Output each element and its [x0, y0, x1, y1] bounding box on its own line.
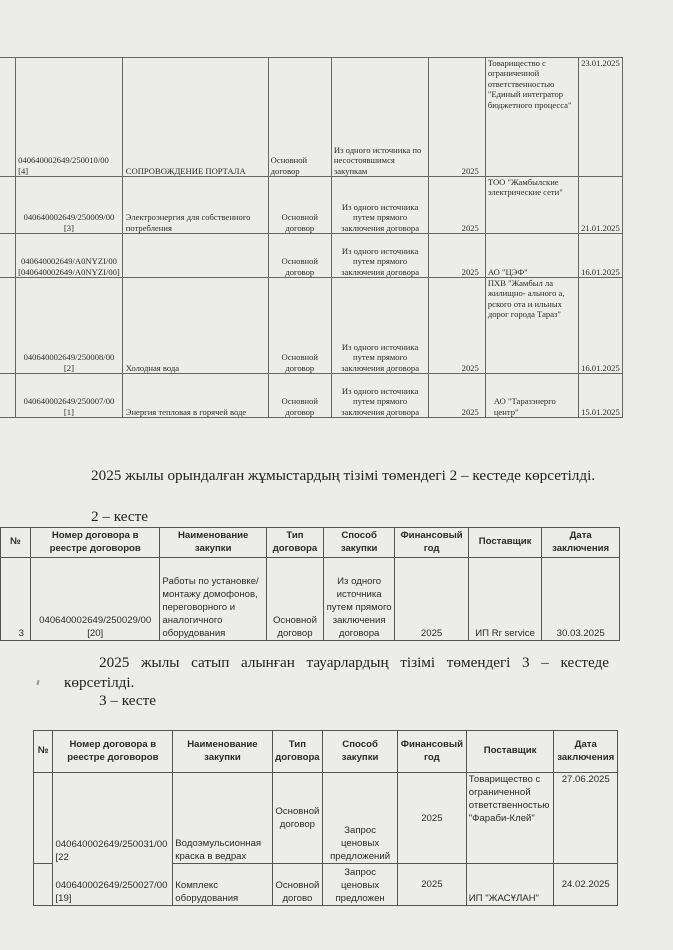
table-row: 040640002649/250031/00 [22 Водоэмульсион…	[34, 773, 618, 864]
paragraph-goods-list-cont: көрсетілді.	[64, 674, 134, 692]
supplier: АО "ЦЭФ"	[485, 234, 578, 278]
contract-type: Основной договор	[268, 234, 331, 278]
col-header-number: Номер договора в реестре договоров	[53, 731, 173, 773]
supplier: ТОО "Жамбылские электрические сети"	[485, 177, 578, 234]
contract-date: 16.01.2025	[579, 234, 623, 278]
purchase-name: Электроэнергия для собственного потребле…	[122, 177, 268, 234]
contract-type: Основной договор	[268, 177, 331, 234]
purchase-name: Энергия тепловая в горячей воде	[122, 374, 268, 418]
col-header-name: Наименование закупки	[173, 731, 272, 773]
purchase-name: Комплекс оборудования	[173, 864, 272, 906]
purchase-name: СОПРОВОЖДЕНИЕ ПОРТАЛА	[122, 58, 268, 177]
contract-number: 040640002649/250027/00 [19]	[53, 864, 173, 906]
col-header-year: Финансовый год	[397, 731, 466, 773]
col-header-supplier: Поставщик	[468, 528, 541, 558]
col-header-name: Наименование закупки	[160, 528, 267, 558]
contract-type: Основной договор	[267, 558, 324, 641]
col-header-no: №	[1, 528, 31, 558]
table-2-caption: 2 – кесте	[91, 508, 148, 526]
row-number	[34, 773, 53, 864]
supplier: ИП "ЖАСҰЛАН"	[466, 864, 554, 906]
contract-date: 23.01.2025	[579, 58, 623, 177]
paragraph-goods-list: 2025 жылы сатып алынған тауарлардың тізі…	[99, 654, 609, 672]
fiscal-year: 2025	[429, 374, 486, 418]
contract-date: 30.03.2025	[542, 558, 620, 641]
table-header-row: № Номер договора в реестре договоров Наи…	[34, 731, 618, 773]
contract-date: 21.01.2025	[579, 177, 623, 234]
contract-number: 040640002649/250029/00 [20]	[31, 558, 160, 641]
table-header-row: № Номер договора в реестре договоров Наи…	[1, 528, 620, 558]
table-row: 040640002649/250010/00 [4] СОПРОВОЖДЕНИЕ…	[0, 58, 673, 177]
purchase-method: Из одного источника путем прямого заключ…	[323, 558, 394, 641]
table-row: 040640002649/250009/00 [3] Электроэнерги…	[0, 177, 673, 234]
fiscal-year: 2025	[429, 234, 486, 278]
contract-type: Основной договор	[268, 58, 331, 177]
contract-date: 27.06.2025	[554, 773, 618, 864]
paragraph-works-list: 2025 жылы орындалған жұмыстардың тізімі …	[91, 467, 595, 485]
col-header-date: Дата заключения	[542, 528, 620, 558]
col-header-no: №	[34, 731, 53, 773]
fiscal-year: 2025	[397, 773, 466, 864]
fiscal-year: 2025	[429, 278, 486, 374]
col-header-date: Дата заключения	[554, 731, 618, 773]
contract-date: 24.02.2025	[554, 864, 618, 906]
col-header-type: Тип договора	[267, 528, 324, 558]
goods-table-3: № Номер договора в реестре договоров Наи…	[33, 730, 618, 906]
contract-type: Основной договор	[268, 374, 331, 418]
contract-number: 040640002649/250009/00 [3]	[16, 177, 123, 234]
row-number: 3	[1, 558, 31, 641]
purchase-method: Запрос ценовых предложен	[323, 864, 398, 906]
purchase-name	[122, 234, 268, 278]
contract-type: Основной догово	[272, 864, 323, 906]
supplier: АО "Таразэнерго центр"	[485, 374, 578, 418]
purchase-method: Из одного источника по несостоявшимся за…	[331, 58, 428, 177]
supplier: ИП Rr service	[468, 558, 541, 641]
contract-type: Основной договор	[272, 773, 323, 864]
contract-type: Основной договор	[268, 278, 331, 374]
works-table-2: № Номер договора в реестре договоров Наи…	[0, 527, 620, 641]
fiscal-year: 2025	[395, 558, 468, 641]
supplier: Товарищество с ограниченной ответственно…	[466, 773, 554, 864]
col-header-number: Номер договора в реестре договоров	[31, 528, 160, 558]
contracts-table-1: 040640002649/250010/00 [4] СОПРОВОЖДЕНИЕ…	[0, 57, 673, 418]
col-header-supplier: Поставщик	[466, 731, 554, 773]
purchase-name: Холодная вода	[122, 278, 268, 374]
fiscal-year: 2025	[429, 58, 486, 177]
table-3-caption: 3 – кесте	[99, 692, 156, 710]
col-header-type: Тип договора	[272, 731, 323, 773]
contract-date: 15.01.2025	[579, 374, 623, 418]
contract-date: 16.01.2025	[579, 278, 623, 374]
purchase-name: Работы по установке/монтажу домофонов, п…	[160, 558, 267, 641]
col-header-method: Способ закупки	[323, 731, 398, 773]
table-row: 040640002649/A0NYZI/00 [040640002649/A0N…	[0, 234, 673, 278]
purchase-method: Из одного источника путем прямого заключ…	[331, 278, 428, 374]
contract-number: 040640002649/A0NYZI/00 [040640002649/A0N…	[16, 234, 123, 278]
table-row: 040640002649/250008/00 [2] Холодная вода…	[0, 278, 673, 374]
supplier: ПХВ "Жамбыл ла жилищно- ального а, рског…	[485, 278, 578, 374]
purchase-method: Из одного источника путем прямого заключ…	[331, 177, 428, 234]
supplier: Товарищество с ограниченной ответственно…	[485, 58, 578, 177]
contract-number: 040640002649/250008/00 [2]	[16, 278, 123, 374]
row-number	[34, 864, 53, 906]
purchase-method: Из одного источника путем прямого заключ…	[331, 374, 428, 418]
col-header-year: Финансовый год	[395, 528, 468, 558]
col-header-method: Способ закупки	[323, 528, 394, 558]
table-row: 3 040640002649/250029/00 [20] Работы по …	[1, 558, 620, 641]
scan-mark	[36, 680, 39, 685]
contract-number: 040640002649/250007/00 [1]	[16, 374, 123, 418]
table-row: 040640002649/250007/00 [1] Энергия тепло…	[0, 374, 673, 418]
contract-number: 040640002649/250031/00 [22	[53, 773, 173, 864]
purchase-method: Из одного источника путем прямого заключ…	[331, 234, 428, 278]
table-row: 040640002649/250027/00 [19] Комплекс обо…	[34, 864, 618, 906]
contract-number: 040640002649/250010/00 [4]	[16, 58, 123, 177]
fiscal-year: 2025	[429, 177, 486, 234]
fiscal-year: 2025	[397, 864, 466, 906]
purchase-name: Водоэмульсионная краска в ведрах	[173, 773, 272, 864]
purchase-method: Запрос ценовых предложений	[323, 773, 398, 864]
